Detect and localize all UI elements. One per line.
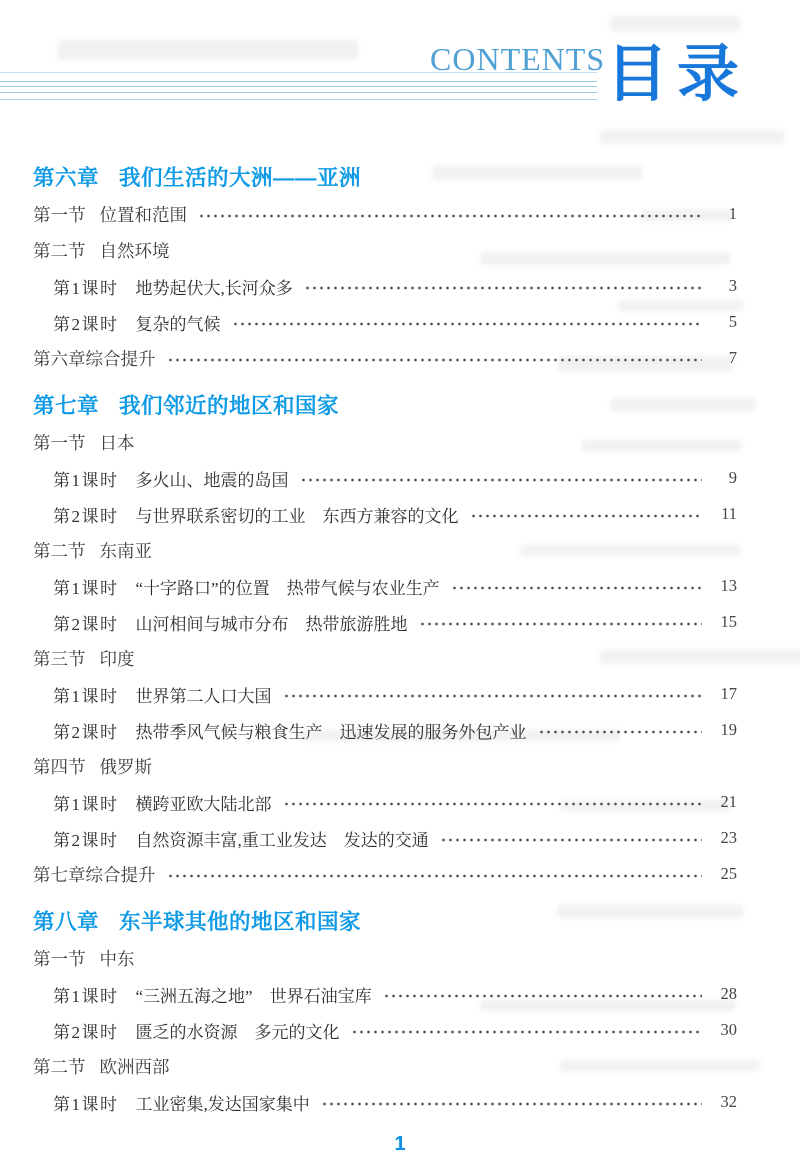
toc-row: 第2课时自然资源丰富,重工业发达 发达的交通23 bbox=[33, 820, 737, 856]
toc-page-number: 3 bbox=[710, 276, 737, 296]
toc-row-title: 热带季风气候与粮食生产 迅速发展的服务外包产业 bbox=[136, 718, 527, 743]
toc-page-number: 30 bbox=[710, 1020, 737, 1040]
page-title: 目录 bbox=[606, 42, 748, 107]
dotted-leader bbox=[321, 1101, 702, 1107]
contents-label: CONTENTS bbox=[430, 42, 605, 77]
toc-row-title: 印度 bbox=[100, 646, 135, 671]
toc-page-number: 15 bbox=[710, 612, 737, 632]
toc-row-title: 日本 bbox=[100, 430, 135, 455]
bleedthrough-smudge bbox=[600, 130, 786, 143]
toc-row-label: 第一节 bbox=[33, 430, 86, 455]
toc-row-label: 第2课时 bbox=[53, 502, 119, 527]
scanned-toc-page: { "header": { "contents_label": "CONTENT… bbox=[0, 0, 800, 1176]
toc-chapter-heading: 第六章我们生活的大洲——亚洲 bbox=[33, 162, 737, 190]
toc-row: 第1课时工业密集,发达国家集中32 bbox=[33, 1084, 737, 1120]
dotted-leader bbox=[470, 513, 703, 519]
toc-row: 第1课时地势起伏大,长河众多3 bbox=[33, 268, 737, 304]
toc-row-label: 第四节 bbox=[33, 754, 86, 779]
toc-row-label: 第2课时 bbox=[53, 718, 119, 743]
toc-row-label: 第七章 bbox=[33, 389, 99, 420]
toc-chapter-heading: 第七章我们邻近的地区和国家 bbox=[33, 390, 737, 418]
toc-row-label: 第六章 bbox=[33, 161, 99, 192]
toc-row: 第三节印度 bbox=[33, 640, 737, 676]
toc-row: 第2课时山河相间与城市分布 热带旅游胜地15 bbox=[33, 604, 737, 640]
toc-page-number: 11 bbox=[710, 504, 737, 524]
toc-row-title: 自然环境 bbox=[100, 238, 170, 263]
toc-row-title: 中东 bbox=[100, 946, 135, 971]
dotted-leader bbox=[283, 693, 703, 699]
toc-row-label: 第1课时 bbox=[53, 466, 119, 491]
toc-row-label: 第2课时 bbox=[53, 826, 119, 851]
toc-row: 第2课时与世界联系密切的工业 东西方兼容的文化11 bbox=[33, 496, 737, 532]
toc-row-title: 第七章综合提升 bbox=[33, 862, 156, 887]
toc-row-label: 第一节 bbox=[33, 202, 86, 227]
toc-row: 第1课时“三洲五海之地” 世界石油宝库28 bbox=[33, 976, 737, 1012]
dotted-leader bbox=[198, 213, 702, 219]
toc-row: 第1课时多火山、地震的岛国9 bbox=[33, 460, 737, 496]
dotted-leader bbox=[304, 285, 702, 291]
rule-line bbox=[0, 81, 597, 82]
toc-row-label: 第1课时 bbox=[53, 682, 119, 707]
toc-row-title: 欧洲西部 bbox=[100, 1054, 170, 1079]
toc-row-label: 第二节 bbox=[33, 1054, 86, 1079]
toc-row-title: 位置和范围 bbox=[100, 202, 188, 227]
page-footer: 1 bbox=[0, 1133, 800, 1156]
toc-row: 第2课时匮乏的水资源 多元的文化30 bbox=[33, 1012, 737, 1048]
toc-row-label: 第2课时 bbox=[53, 310, 119, 335]
toc-row: 第2课时复杂的气候5 bbox=[33, 304, 737, 340]
toc-row-label: 第三节 bbox=[33, 646, 86, 671]
dotted-leader bbox=[167, 873, 703, 879]
toc-page-number: 13 bbox=[710, 576, 737, 596]
toc-row: 第七章综合提升25 bbox=[33, 856, 737, 892]
toc-row: 第一节中东 bbox=[33, 940, 737, 976]
toc-row-label: 第1课时 bbox=[53, 1090, 119, 1115]
toc-page-number: 19 bbox=[710, 720, 737, 740]
toc-row-title: 自然资源丰富,重工业发达 发达的交通 bbox=[136, 826, 429, 851]
toc-page-number: 32 bbox=[710, 1092, 737, 1112]
toc-row: 第二节东南亚 bbox=[33, 532, 737, 568]
toc-page-number: 17 bbox=[710, 684, 737, 704]
footer-page-number: 1 bbox=[394, 1133, 405, 1155]
toc-row-title: 横跨亚欧大陆北部 bbox=[136, 790, 272, 815]
toc-row-label: 第八章 bbox=[33, 905, 99, 936]
dotted-leader bbox=[232, 321, 703, 327]
toc-row-title: 俄罗斯 bbox=[100, 754, 153, 779]
toc-row-title: 世界第二人口大国 bbox=[136, 682, 272, 707]
toc-row: 第一节位置和范围1 bbox=[33, 196, 737, 232]
toc-page-number: 5 bbox=[710, 312, 737, 332]
toc-chapter-heading: 第八章东半球其他的地区和国家 bbox=[33, 906, 737, 934]
dotted-leader bbox=[300, 477, 703, 483]
toc-row-label: 第二节 bbox=[33, 238, 86, 263]
toc-row: 第1课时世界第二人口大国17 bbox=[33, 676, 737, 712]
toc-page-number: 1 bbox=[710, 204, 737, 224]
dotted-leader bbox=[351, 1029, 703, 1035]
toc-row-title: 地势起伏大,长河众多 bbox=[136, 274, 293, 299]
toc-list: 第六章我们生活的大洲——亚洲第一节位置和范围1第二节自然环境第1课时地势起伏大,… bbox=[0, 162, 800, 1120]
dotted-leader bbox=[538, 729, 703, 735]
toc-row-title: 东南亚 bbox=[100, 538, 153, 563]
toc-row-label: 第1课时 bbox=[53, 274, 119, 299]
dotted-leader bbox=[167, 357, 703, 363]
rule-line bbox=[0, 92, 597, 93]
toc-page-number: 28 bbox=[710, 984, 737, 1004]
toc-row-title: 与世界联系密切的工业 东西方兼容的文化 bbox=[136, 502, 459, 527]
toc-row-title: 工业密集,发达国家集中 bbox=[136, 1090, 310, 1115]
toc-row-title: 我们邻近的地区和国家 bbox=[119, 389, 339, 420]
dotted-leader bbox=[440, 837, 702, 843]
rule-line bbox=[0, 86, 597, 87]
toc-row: 第2课时热带季风气候与粮食生产 迅速发展的服务外包产业19 bbox=[33, 712, 737, 748]
toc-row-title: 复杂的气候 bbox=[136, 310, 221, 335]
toc-row-title: 我们生活的大洲——亚洲 bbox=[119, 161, 361, 192]
toc-row: 第六章综合提升7 bbox=[33, 340, 737, 376]
toc-page-number: 25 bbox=[710, 864, 737, 884]
toc-row-title: 匮乏的水资源 多元的文化 bbox=[136, 1018, 340, 1043]
bleedthrough-smudge bbox=[57, 40, 358, 60]
dotted-leader bbox=[451, 585, 702, 591]
toc-row-title: 东半球其他的地区和国家 bbox=[119, 905, 361, 936]
toc-row-title: 第六章综合提升 bbox=[33, 346, 156, 371]
toc-row-title: 山河相间与城市分布 热带旅游胜地 bbox=[136, 610, 408, 635]
toc-row-title: 多火山、地震的岛国 bbox=[136, 466, 289, 491]
dotted-leader bbox=[383, 993, 702, 999]
toc-page-number: 23 bbox=[710, 828, 737, 848]
toc-row-label: 第1课时 bbox=[53, 790, 119, 815]
toc-page-number: 9 bbox=[710, 468, 737, 488]
toc-row: 第四节俄罗斯 bbox=[33, 748, 737, 784]
toc-row-label: 第2课时 bbox=[53, 1018, 119, 1043]
toc-row-title: “三洲五海之地” 世界石油宝库 bbox=[136, 982, 372, 1007]
bleedthrough-smudge bbox=[609, 16, 740, 31]
toc-page-number: 7 bbox=[710, 348, 737, 368]
toc-row-label: 第二节 bbox=[33, 538, 86, 563]
toc-page-number: 21 bbox=[710, 792, 737, 812]
toc-row: 第二节欧洲西部 bbox=[33, 1048, 737, 1084]
toc-row-label: 第1课时 bbox=[53, 574, 119, 599]
rule-line bbox=[0, 99, 597, 100]
toc-row: 第1课时横跨亚欧大陆北部21 bbox=[33, 784, 737, 820]
toc-row: 第二节自然环境 bbox=[33, 232, 737, 268]
dotted-leader bbox=[283, 801, 703, 807]
toc-row-label: 第一节 bbox=[33, 946, 86, 971]
toc-row-title: “十字路口”的位置 热带气候与农业生产 bbox=[136, 574, 440, 599]
toc-row-label: 第2课时 bbox=[53, 610, 119, 635]
toc-row: 第1课时“十字路口”的位置 热带气候与农业生产13 bbox=[33, 568, 737, 604]
dotted-leader bbox=[419, 621, 703, 627]
toc-row: 第一节日本 bbox=[33, 424, 737, 460]
toc-row-label: 第1课时 bbox=[53, 982, 119, 1007]
